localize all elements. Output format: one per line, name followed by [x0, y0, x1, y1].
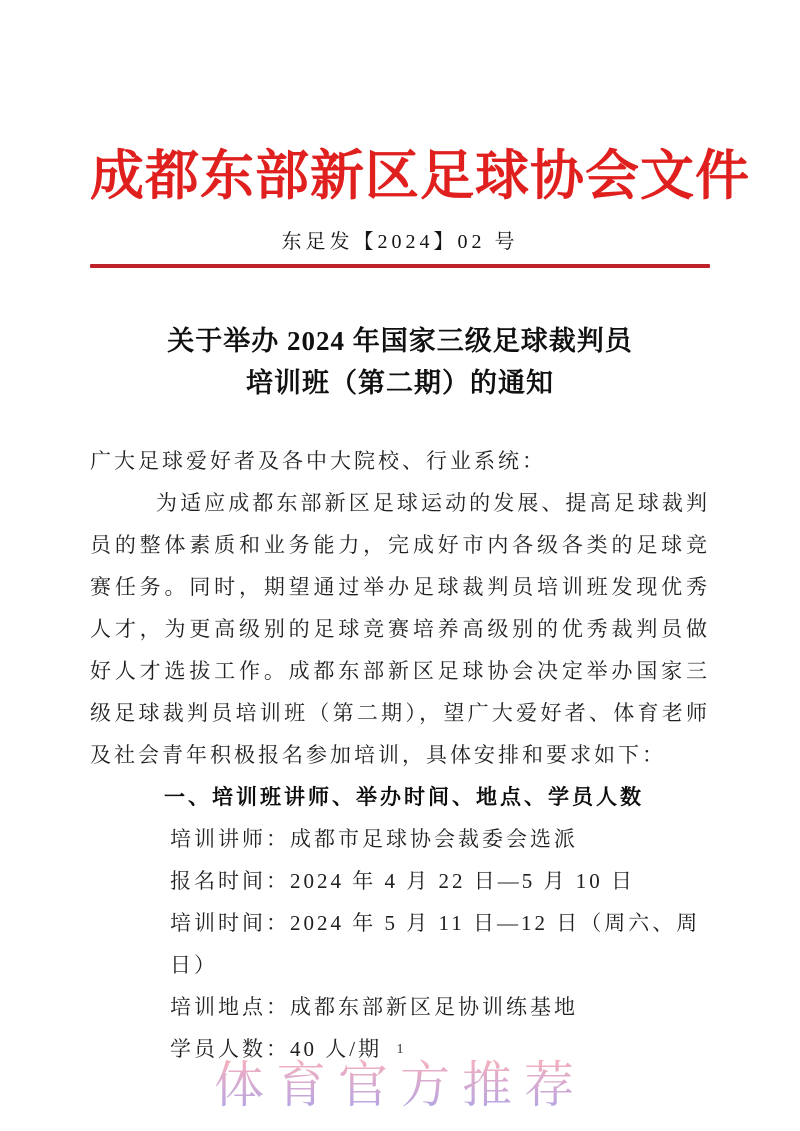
notice-title-line2: 培训班（第二期）的通知 [246, 368, 554, 398]
notice-title-line1: 关于举办 2024 年国家三级足球裁判员 [167, 326, 633, 356]
doc-number: 东足发【2024】02 号 [90, 232, 710, 252]
details-list: 培训讲师：成都市足球协会裁委会选派 报名时间：2024 年 4 月 22 日—5… [90, 818, 710, 1070]
document-page: 成都东部新区足球协会文件 东足发【2024】02 号 关于举办 2024 年国家… [0, 0, 800, 1131]
detail-item-registration-time: 报名时间：2024 年 4 月 22 日—5 月 10 日 [170, 860, 710, 902]
body-paragraph: 为适应成都东部新区足球运动的发展、提高足球裁判员的整体素质和业务能力，完成好市内… [90, 482, 710, 776]
detail-item-training-time: 培训时间：2024 年 5 月 11 日—12 日（周六、周日） [170, 902, 710, 986]
detail-item-training-location: 培训地点：成都东部新区足协训练基地 [170, 986, 710, 1028]
notice-body: 广大足球爱好者及各中大院校、行业系统： 为适应成都东部新区足球运动的发展、提高足… [90, 440, 710, 1070]
salutation: 广大足球爱好者及各中大院校、行业系统： [90, 440, 710, 482]
red-divider-line [90, 264, 710, 268]
notice-title: 关于举办 2024 年国家三级足球裁判员 培训班（第二期）的通知 [90, 320, 710, 404]
section-heading: 一、培训班讲师、举办时间、地点、学员人数 [164, 776, 710, 818]
letterhead: 成都东部新区足球协会文件 东足发【2024】02 号 [90, 145, 710, 268]
letterhead-title: 成都东部新区足球协会文件 [90, 145, 710, 207]
page-number: 1 [0, 1042, 800, 1058]
detail-item-instructor: 培训讲师：成都市足球协会裁委会选派 [170, 818, 710, 860]
